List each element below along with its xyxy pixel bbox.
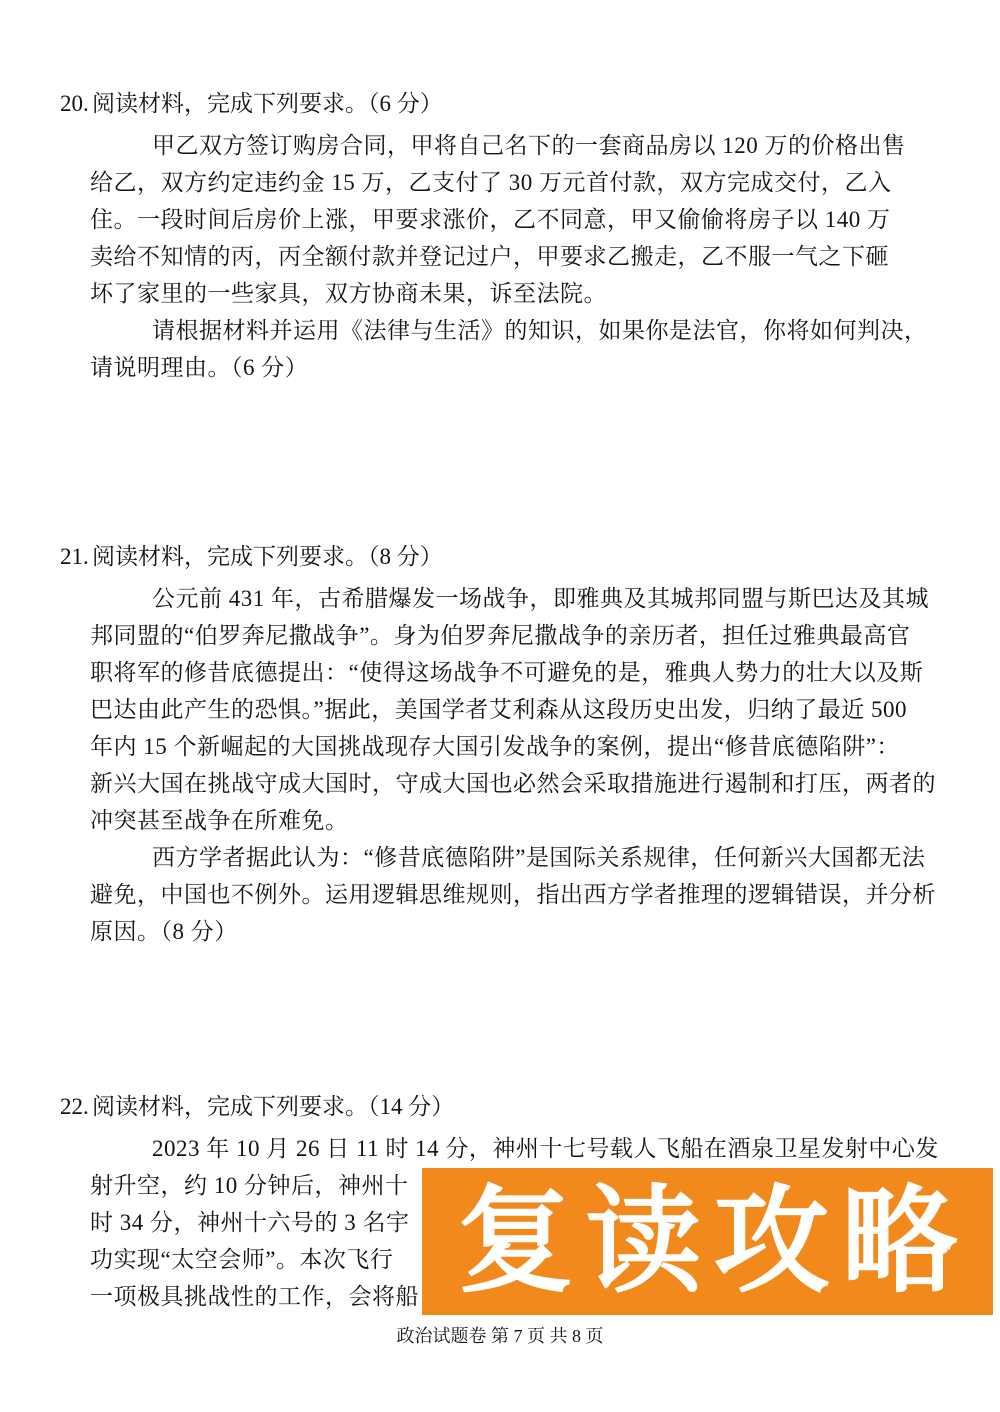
question-line: 请根据材料并运用《法律与生活》的知识，如果你是法官，你将如何判决， (90, 312, 946, 349)
question-number: 22. (60, 1088, 92, 1125)
question-title: 阅读材料，完成下列要求。（8 分） (92, 538, 946, 575)
watermark-banner: 复读攻略 (422, 1168, 993, 1315)
question-line: 避免，中国也不例外。运用逻辑思维规则，指出西方学者推理的逻辑错误，并分析 (90, 876, 946, 913)
question-21: 21. 阅读材料，完成下列要求。（8 分） 公元前 431 年，古希腊爆发一场战… (60, 538, 946, 950)
question-20: 20. 阅读材料，完成下列要求。（6 分） 甲乙双方签订购房合同，甲将自己名下的… (60, 85, 946, 386)
question-line: 甲乙双方签订购房合同，甲将自己名下的一套商品房以 120 万的价格出售 (90, 127, 946, 164)
question-line: 卖给不知情的丙，丙全额付款并登记过户，甲要求乙搬走，乙不服一气之下砸 (90, 238, 946, 275)
question-line: 给乙，双方约定违约金 15 万，乙支付了 30 万元首付款，双方完成交付，乙入 (90, 164, 946, 201)
question-line: 坏了家里的一些家具，双方协商未果，诉至法院。 (90, 275, 946, 312)
question-line: 冲突甚至战争在所难免。 (90, 802, 946, 839)
question-line: 巴达由此产生的恐惧。”据此，美国学者艾利森从这段历史出发，归纳了最近 500 (90, 691, 946, 728)
question-line: 原因。（8 分） (90, 913, 946, 950)
question-line: 新兴大国在挑战守成大国时，守成大国也必然会采取措施进行遏制和打压，两者的 (90, 765, 946, 802)
question-number: 21. (60, 538, 92, 575)
exam-page: 20. 阅读材料，完成下列要求。（6 分） 甲乙双方签订购房合同，甲将自己名下的… (0, 0, 1000, 1412)
question-line: 邦同盟的“伯罗奔尼撒战争”。身为伯罗奔尼撒战争的亲历者，担任过雅典最高官 (90, 617, 946, 654)
question-22-header: 22. 阅读材料，完成下列要求。（14 分） (60, 1088, 946, 1125)
question-line: 职将军的修昔底德提出：“使得这场战争不可避免的是，雅典人势力的壮大以及斯 (90, 654, 946, 691)
question-line: 公元前 431 年，古希腊爆发一场战争，即雅典及其城邦同盟与斯巴达及其城 (90, 580, 946, 617)
question-line: 住。一段时间后房价上涨，甲要求涨价，乙不同意，甲又偷偷将房子以 140 万 (90, 201, 946, 238)
question-title: 阅读材料，完成下列要求。（6 分） (92, 85, 946, 122)
question-20-header: 20. 阅读材料，完成下列要求。（6 分） (60, 85, 946, 122)
question-title: 阅读材料，完成下列要求。（14 分） (92, 1088, 946, 1125)
question-number: 20. (60, 85, 92, 122)
page-footer: 政治试题卷 第 7 页 共 8 页 (0, 1322, 1000, 1350)
question-line: 2023 年 10 月 26 日 11 时 14 分，神州十七号载人飞船在酒泉卫… (90, 1130, 946, 1167)
question-line: 请说明理由。（6 分） (90, 349, 946, 386)
question-21-header: 21. 阅读材料，完成下列要求。（8 分） (60, 538, 946, 575)
question-21-body: 公元前 431 年，古希腊爆发一场战争，即雅典及其城邦同盟与斯巴达及其城 邦同盟… (90, 580, 946, 950)
watermark-text: 复读攻略 (446, 1184, 970, 1300)
question-line: 西方学者据此认为：“修昔底德陷阱”是国际关系规律，任何新兴大国都无法 (90, 839, 946, 876)
question-20-body: 甲乙双方签订购房合同，甲将自己名下的一套商品房以 120 万的价格出售 给乙，双… (90, 127, 946, 386)
question-line: 年内 15 个新崛起的大国挑战现存大国引发战争的案例，提出“修昔底德陷阱”： (90, 728, 946, 765)
